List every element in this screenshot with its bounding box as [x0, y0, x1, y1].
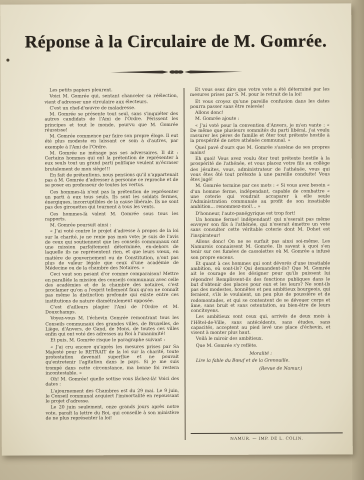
pamphlet-page: Réponse à la Circulaire de M. Gomrée. Le… [0, 3, 353, 455]
right-column-paragraphs: Et vous osez dire que votre vote a été d… [190, 87, 330, 348]
paragraph: L'ajournement des Chambres est du 29 mai… [46, 388, 180, 404]
paragraph: M. Gomrée ajoute : [190, 117, 330, 123]
paragraph: Et vous croyez qu'une pareille confusion… [190, 99, 330, 110]
paragraph: Ces hommes-là valent M. Gomrée sous tous… [45, 211, 179, 222]
paragraph: Et vous osez dire que votre vote a été d… [190, 87, 330, 98]
paragraph: Les ambitieux sont ceux qui, arrivés de … [191, 315, 331, 336]
paragraph: Ceci vaut son pesant d'or comme comparai… [45, 272, 179, 304]
paragraph: Quel pavé d'ours que M. Gomrée s'assène … [190, 145, 330, 156]
paragraph: Allons donc! [190, 110, 330, 116]
footer-imprint: NAMUR. — IMP. DE L. COLIN. [191, 435, 343, 441]
page-title: Réponse à la Circulaire de M. Gomrée. [0, 30, 351, 52]
paragraph: M. Gomrée commence par faire son propre … [45, 134, 179, 150]
paragraph: Eh quoi! Vous avez voulu ôter tout préte… [190, 156, 330, 183]
paragraph: M. Gomrée termine par ces mots : « Si vo… [190, 184, 330, 211]
paragraph: Le 20 juin seulement, onze grands jours … [46, 405, 180, 421]
paragraph: C'est d'ailleurs plagier l'Ami de l'Ordr… [45, 305, 179, 316]
imprint-footer: NAMUR. — IMP. DE L. COLIN. [191, 432, 343, 441]
scan-edge-shadow [352, 0, 364, 480]
paragraph: M. Gomrée poursuit ainsi : [45, 223, 179, 229]
paragraph: Ces hommes-là n'ont pas la prétention de… [45, 189, 179, 210]
paragraph: Un homme ferme! indépendant! qui n'osera… [190, 217, 330, 238]
column-rule [183, 88, 185, 440]
scan-background: { "document": { "title": "Réponse à la C… [0, 0, 364, 480]
right-column: Et vous osez dire que votre vote a été d… [190, 87, 331, 439]
paragraph: Voilà le miroir des ambitieux. [191, 337, 331, 343]
text-columns: Les petits papiers pleurent.Voici M. Gom… [45, 87, 331, 440]
paragraph: Oh! M. Gomrée! quelle sottise vous lâche… [46, 377, 180, 388]
paragraph: Voici M. Gomrée qui, sentant chanceler s… [45, 94, 179, 105]
paragraph: Et quant à ces hommes qui sont dévorés d… [191, 261, 331, 314]
ink-speck [6, 59, 9, 62]
paragraph: « J'ai voté contre le projet d'adresse à… [45, 229, 179, 271]
swelled-rule-divider [0, 67, 351, 76]
paragraph: C'est un chef-d'œuvre de maladresse. [45, 106, 179, 112]
moralite-text: Lire la fable du Bœuf et de la Grenouill… [191, 358, 331, 364]
paragraph: Et puis, M. Gomrée risque le paragraphe … [45, 338, 179, 344]
paragraph: Que M. Gomrée s'y reflète. [191, 343, 331, 349]
paragraph: Les petits papiers pleurent. [45, 88, 179, 94]
footer-rule [191, 432, 343, 434]
swelled-rule-icon [110, 68, 242, 76]
paragraph: M. Gomrée ne ménage pas ses adversaires.… [45, 151, 179, 172]
paragraph: D'honneur, l'auto-panégyrique est trop f… [190, 211, 330, 217]
moralite-label: Moralité : [191, 351, 331, 357]
paragraph: « J'ai voté pour la convention d'Anvers,… [190, 123, 330, 144]
paragraph: Voyez-vous M. l'échevin Gomrée remontran… [45, 316, 179, 337]
left-column: Les petits papiers pleurent.Voici M. Gom… [45, 88, 180, 440]
paragraph: M. Gomrée se présente tout seul, sans s'… [45, 112, 179, 133]
paragraph: « J'ai cru encore qu'après les mesures p… [45, 344, 179, 376]
paragraph: Allons donc! On ne se surfait pas ainsi … [191, 239, 331, 260]
attribution: (Revue de Namur.) [191, 367, 331, 373]
paragraph: En fait de prétentions, nous pensions qu… [45, 173, 179, 189]
